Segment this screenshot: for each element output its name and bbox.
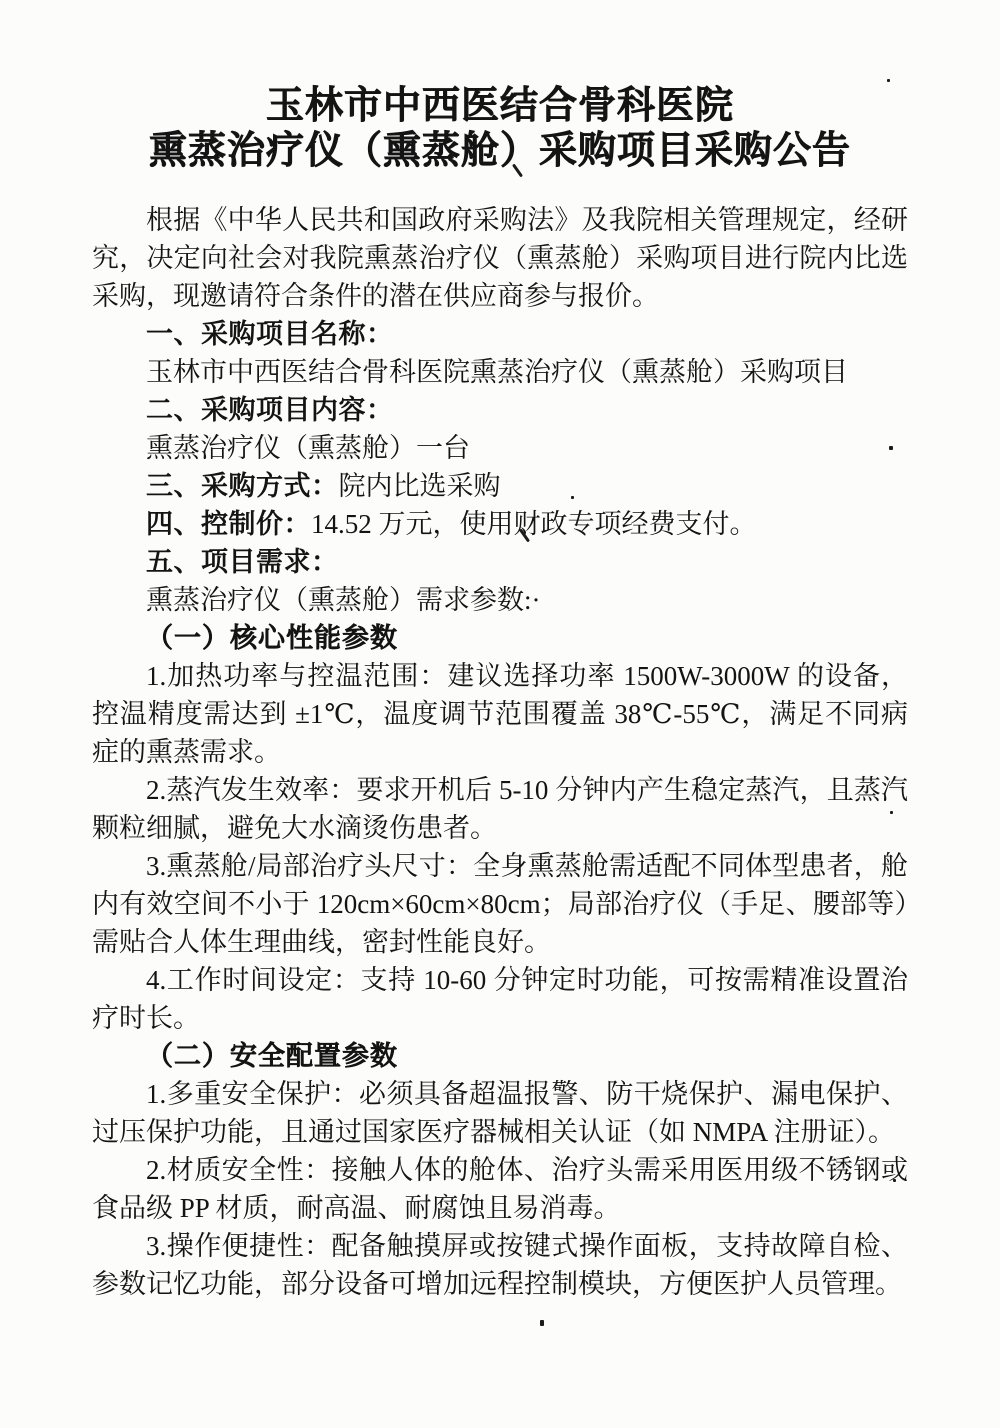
document-body: 根据《中华人民共和国政府采购法》及我院相关管理规定，经研究，决定向社会对我院熏蒸… <box>92 201 908 1303</box>
paragraph-requirement-params: 熏蒸治疗仪（熏蒸舱）需求参数:· <box>92 581 908 619</box>
section-heading-text: 一、采购项目名称： <box>146 319 394 349</box>
section-heading-value: 院内比选采购 <box>339 471 501 501</box>
scan-speck <box>889 446 893 450</box>
paragraph-project-name: 玉林市中西医结合骨科医院熏蒸治疗仪（熏蒸舱）采购项目 <box>92 353 908 391</box>
paragraph-text: 2.材质安全性：接触人体的舱体、治疗头需采用医用级不锈钢或食品级 PP 材质，耐… <box>92 1155 908 1223</box>
paragraph-text: 2.蒸汽发生效率：要求开机后 5-10 分钟内产生稳定蒸汽，且蒸汽颗粒细腻，避免… <box>92 775 908 843</box>
paragraph-item-heating-power: 1.加热功率与控温范围：建议选择功率 1500W-3000W 的设备，控温精度需… <box>92 657 908 771</box>
paragraph-item-cabin-size: 3.熏蒸舱/局部治疗头尺寸：全身熏蒸舱需适配不同体型患者，舱内有效空间不小于 1… <box>92 847 908 961</box>
scanned-document-page: 玉林市中西医结合骨科医院 熏蒸治疗仪（熏蒸舱）采购项目采购公告 根据《中华人民共… <box>0 0 1000 1428</box>
document-title-line-1: 玉林市中西医结合骨科医院 <box>0 84 1000 129</box>
paragraph-text: 4.工作时间设定：支持 10-60 分钟定时功能，可按需精准设置治疗时长。 <box>92 965 908 1033</box>
paragraph-text: 3.熏蒸舱/局部治疗头尺寸：全身熏蒸舱需适配不同体型患者，舱内有效空间不小于 1… <box>92 851 908 957</box>
paragraph-text: 玉林市中西医结合骨科医院熏蒸治疗仪（熏蒸舱）采购项目 <box>146 357 848 387</box>
paragraph-item-safety-protection: 1.多重安全保护：必须具备超温报警、防干烧保护、漏电保护、过压保护功能，且通过国… <box>92 1075 908 1151</box>
section-heading-text: 二、采购项目内容： <box>146 395 394 425</box>
section-heading-5: 五、项目需求： <box>92 543 908 581</box>
paragraph-text: 1.多重安全保护：必须具备超温报警、防干烧保护、漏电保护、过压保护功能，且通过国… <box>92 1079 908 1147</box>
paragraph-project-content: 熏蒸治疗仪（熏蒸舱）一台 <box>92 429 908 467</box>
section-heading-text: 四、控制价： <box>146 509 311 539</box>
paragraph-text: 3.操作便捷性：配备触摸屏或按键式操作面板，支持故障自检、参数记忆功能，部分设备… <box>92 1231 908 1299</box>
section-heading-1: 一、采购项目名称： <box>92 315 908 353</box>
section-heading-2: 二、采购项目内容： <box>92 391 908 429</box>
scan-speck <box>893 1179 896 1182</box>
paragraph-intro: 根据《中华人民共和国政府采购法》及我院相关管理规定，经研究，决定向社会对我院熏蒸… <box>92 201 908 315</box>
scan-speck <box>887 79 890 82</box>
section-heading-text: 五、项目需求： <box>146 547 339 577</box>
scan-speck <box>571 496 574 499</box>
paragraph-text: 熏蒸治疗仪（熏蒸舱）一台 <box>146 433 470 463</box>
section-heading-4: 四、控制价：14.52 万元，使用财政专项经费支付。 <box>92 505 908 543</box>
paragraph-item-steam-efficiency: 2.蒸汽发生效率：要求开机后 5-10 分钟内产生稳定蒸汽，且蒸汽颗粒细腻，避免… <box>92 771 908 847</box>
document-title-line-2: 熏蒸治疗仪（熏蒸舱）采购项目采购公告 <box>0 129 1000 174</box>
paragraph-item-operation-convenience: 3.操作便捷性：配备触摸屏或按键式操作面板，支持故障自检、参数记忆功能，部分设备… <box>92 1227 908 1303</box>
subsection-heading-core-performance: （一）核心性能参数 <box>92 619 908 657</box>
subsection-heading-text: （二）安全配置参数 <box>146 1041 398 1071</box>
scan-speck <box>540 1320 544 1326</box>
paragraph-text: 1.加热功率与控温范围：建议选择功率 1500W-3000W 的设备，控温精度需… <box>92 661 908 767</box>
section-heading-3: 三、采购方式：院内比选采购 <box>92 467 908 505</box>
paragraph-item-material-safety: 2.材质安全性：接触人体的舱体、治疗头需采用医用级不锈钢或食品级 PP 材质，耐… <box>92 1151 908 1227</box>
section-heading-value: 14.52 万元，使用财政专项经费支付。 <box>311 509 757 539</box>
subsection-heading-safety-config: （二）安全配置参数 <box>92 1037 908 1075</box>
paragraph-item-work-time: 4.工作时间设定：支持 10-60 分钟定时功能，可按需精准设置治疗时长。 <box>92 961 908 1037</box>
scan-speck <box>890 811 893 814</box>
subsection-heading-text: （一）核心性能参数 <box>146 623 398 653</box>
paragraph-text: 根据《中华人民共和国政府采购法》及我院相关管理规定，经研究，决定向社会对我院熏蒸… <box>92 205 908 311</box>
paragraph-text: 熏蒸治疗仪（熏蒸舱）需求参数:· <box>146 585 541 615</box>
section-heading-text: 三、采购方式： <box>146 471 339 501</box>
document-title: 玉林市中西医结合骨科医院 熏蒸治疗仪（熏蒸舱）采购项目采购公告 <box>0 84 1000 174</box>
